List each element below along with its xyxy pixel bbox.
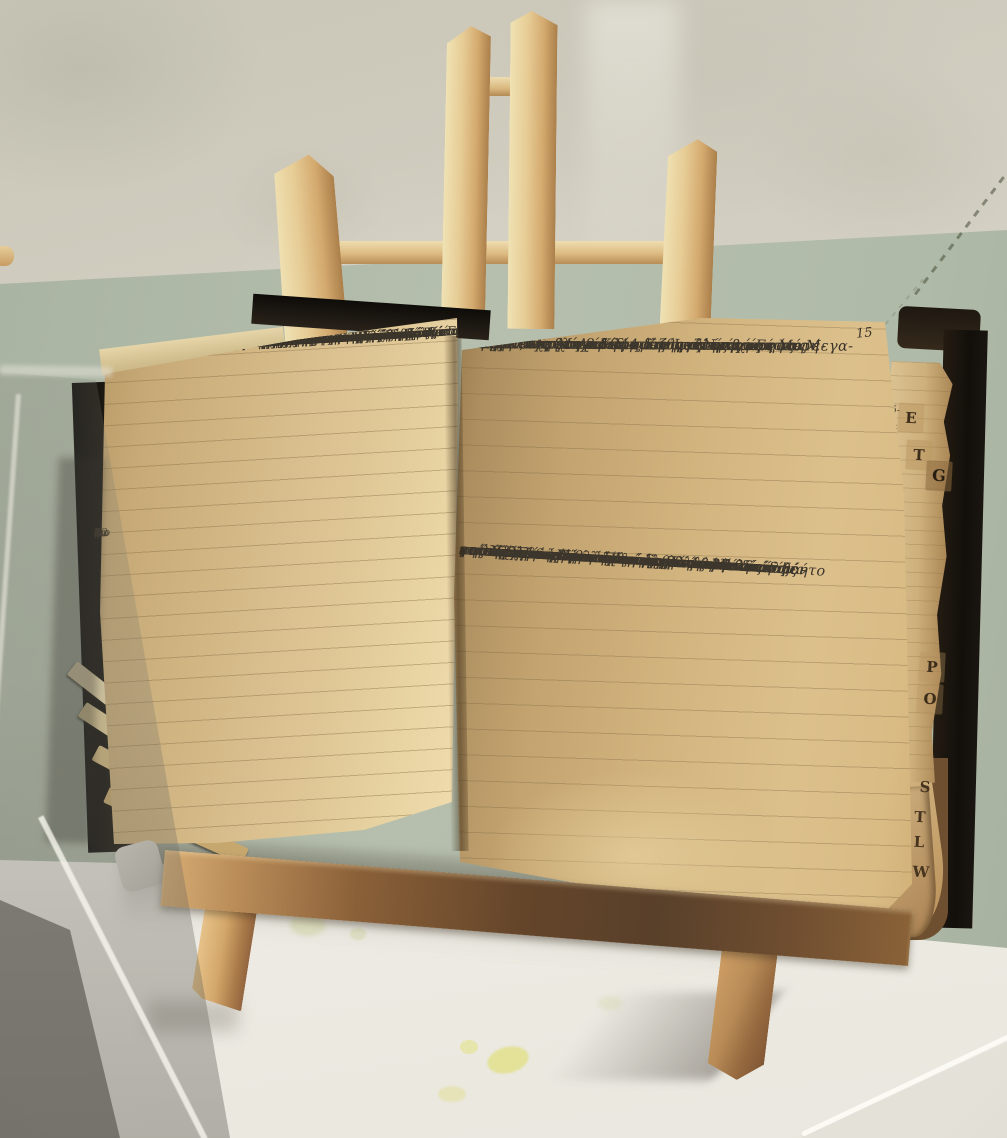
photo-vignette bbox=[0, 0, 1007, 1138]
photo-museum-diary-display: ύδ-έζ3ο ƒ-ε-ξά καιιξί-τοί-ώ άγύτωή E T G… bbox=[0, 0, 1007, 1138]
